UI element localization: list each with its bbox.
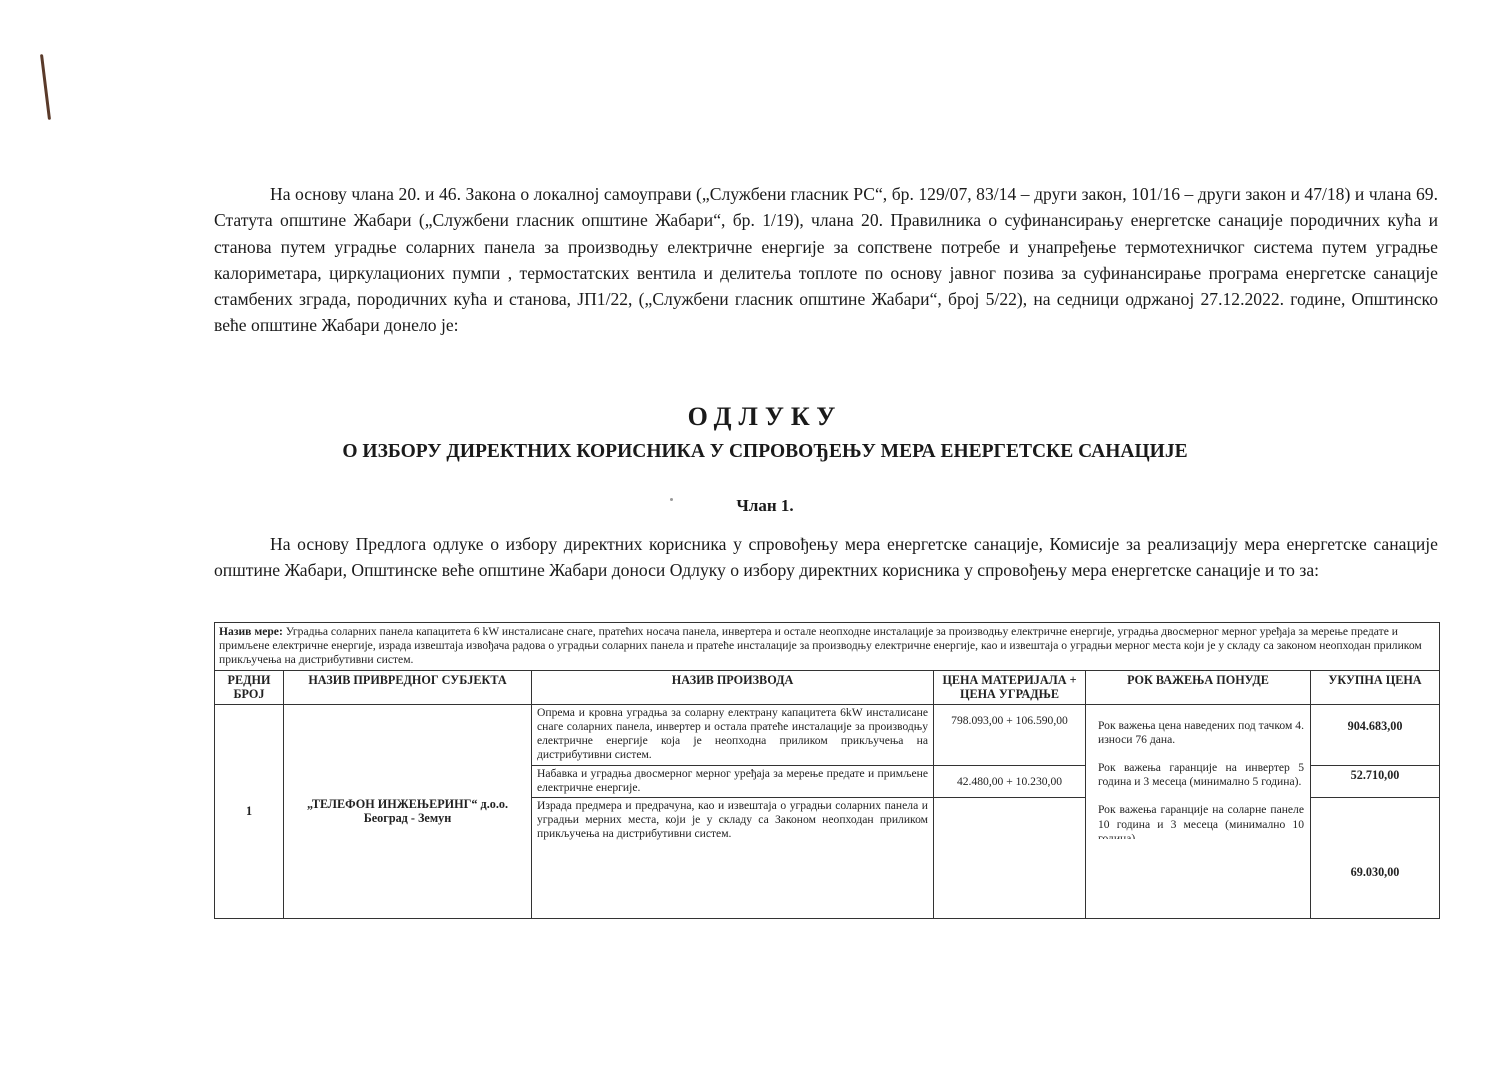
validity-term-2: Рок важења гаранције на инвертер 5 годин… [1098, 761, 1304, 789]
row-number: 1 [215, 704, 284, 918]
preamble-paragraph: На основу члана 20. и 46. Закона о локал… [214, 181, 1438, 339]
beneficiaries-table: Назив мере: Уградња соларних панела капа… [214, 622, 1440, 919]
pen-mark [40, 54, 51, 120]
product-item-2: Набавка и уградња двосмерног мерног уређ… [532, 765, 934, 797]
article-heading: Члан 1. [0, 496, 1499, 516]
company-name: „ТЕЛЕФОН ИНЖЕЊЕРИНГ“ д.о.о. [289, 797, 526, 811]
header-company: НАЗИВ ПРИВРЕДНОГ СУБЈЕКТА [284, 670, 532, 704]
table-header-row: РЕДНИ БРОЈ НАЗИВ ПРИВРЕДНОГ СУБЈЕКТА НАЗ… [215, 670, 1440, 704]
measure-text: Уградња соларних панела капацитета 6 kW … [219, 625, 1422, 666]
total-item-1: 904.683,00 [1311, 704, 1440, 765]
header-validity: РОК ВАЖЕЊА ПОНУДЕ [1086, 670, 1311, 704]
header-number: РЕДНИ БРОЈ [215, 670, 284, 704]
validity-term-1: Рок важења цена наведених под тачком 4. … [1098, 719, 1304, 747]
price-item-3 [934, 797, 1086, 918]
document-subtitle: О ИЗБОРУ ДИРЕКТНИХ КОРИСНИКА У СПРОВОЂЕЊ… [0, 441, 1499, 463]
header-price: ЦЕНА МАТЕРИЈАЛА + ЦЕНА УГРАДЊЕ [934, 670, 1086, 704]
article-1-paragraph: На основу Предлога одлуке о избору дирек… [214, 531, 1438, 584]
price-item-1: 798.093,00 + 106.590,00 [934, 704, 1086, 765]
total-item-2: 52.710,00 [1311, 765, 1440, 797]
company-city: Београд - Земун [289, 811, 526, 825]
measure-label: Назив мере: [219, 625, 283, 638]
measure-description: Назив мере: Уградња соларних панела капа… [215, 623, 1440, 671]
product-item-3: Израда предмера и предрачуна, као и изве… [532, 797, 934, 918]
header-total: УКУПНА ЦЕНА [1311, 670, 1440, 704]
company-cell: „ТЕЛЕФОН ИНЖЕЊЕРИНГ“ д.о.о. Београд - Зе… [284, 704, 532, 918]
validity-cell: Рок важења цена наведених под тачком 4. … [1086, 704, 1311, 918]
header-product: НАЗИВ ПРОИЗВОДА [532, 670, 934, 704]
price-item-2: 42.480,00 + 10.230,00 [934, 765, 1086, 797]
table-row: 1 „ТЕЛЕФОН ИНЖЕЊЕРИНГ“ д.о.о. Београд - … [215, 704, 1440, 765]
validity-term-3: Рок важења гаранције на соларне панеле 1… [1098, 803, 1304, 838]
total-item-3: 69.030,00 [1311, 797, 1440, 918]
product-item-1: Опрема и кровна уградња за соларну елект… [532, 704, 934, 765]
document-title: ОДЛУКУ [0, 402, 1499, 432]
measure-row: Назив мере: Уградња соларних панела капа… [215, 623, 1440, 671]
